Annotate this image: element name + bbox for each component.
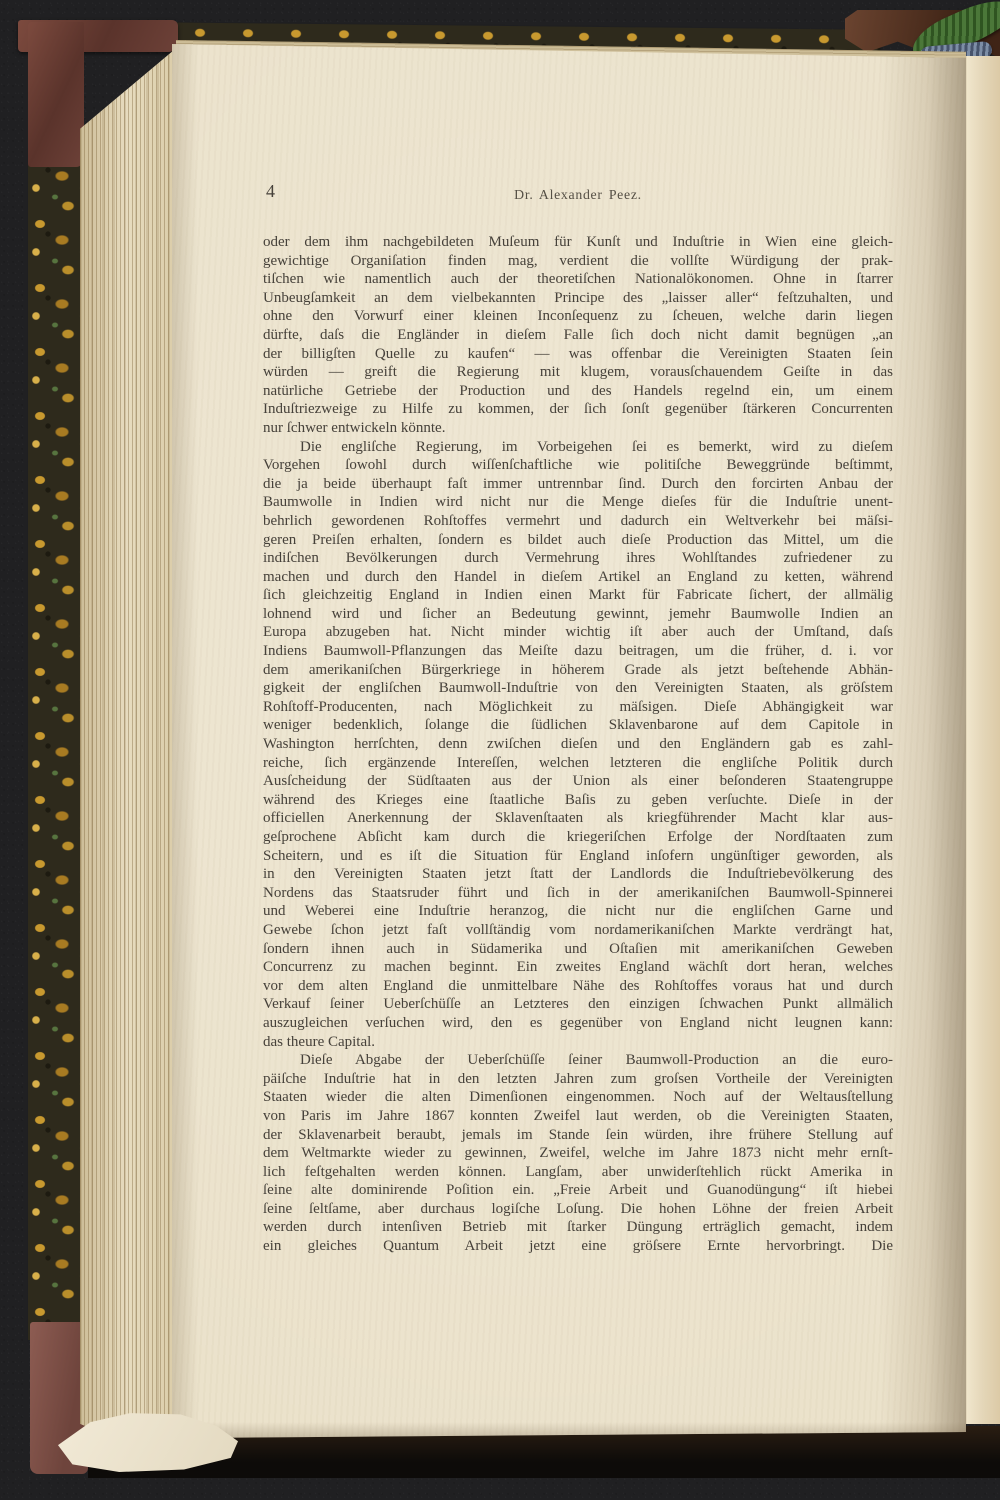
text-line: ohne den Vorwurf einer kleinen Inconſequ… [263, 307, 893, 326]
page-stack-fore-edge [80, 40, 186, 1452]
text-line: Ausſcheidung der Südſtaaten aus der Unio… [263, 772, 893, 791]
text-line: indiſchen Bevölkerungen durch Vermehrung… [263, 549, 893, 568]
text-line: officiellen Anerkennung der Sklavenſtaat… [263, 809, 893, 828]
text-line: gewichtige Organiſation finden mag, verd… [263, 252, 893, 271]
text-line: Concurrenz zu machen beginnt. Ein zweite… [263, 958, 893, 977]
text-line: in den Vereinigten Staaten jetzt ſtatt d… [263, 865, 893, 884]
text-line: Vorgehen ſowohl durch wiſſenſchaftliche … [263, 456, 893, 475]
text-line: Nordens das Staatsruder führt und ſich i… [263, 884, 893, 903]
text-line: von Paris im Jahre 1867 konnten Zweifel … [263, 1107, 893, 1126]
text-line: Gewebe ſchon jetzt faſt vollſtändig vom … [263, 921, 893, 940]
text-line: tiſchen wie namentlich auch der theoreti… [263, 270, 893, 289]
text-line: dem amerikaniſchen Bürgerkriege in höher… [263, 661, 893, 680]
body-paragraph: Die engliſche Regierung, im Vorbeigehen … [263, 438, 893, 1052]
text-line: päiſche Induſtrie hat in den letzten Jah… [263, 1070, 893, 1089]
text-line: ſich gleichzeitig England in Indien eine… [263, 586, 893, 605]
text-line: machen und durch den Handel in dieſem Ar… [263, 568, 893, 587]
text-line: Baumwolle in Indien wird nicht nur die M… [263, 493, 893, 512]
text-line: während des Krieges eine ſtaatliche Baſi… [263, 791, 893, 810]
marbled-cover-left-edge [28, 150, 82, 1340]
text-line: werden durch intenſiven Betrieb mit ſtar… [263, 1218, 893, 1237]
facing-page-sliver [962, 56, 1000, 1424]
text-line: Washington herrſchten, denn zwiſchen die… [263, 735, 893, 754]
text-line: oder dem ihm nachgebildeten Muſeum für K… [263, 233, 893, 252]
text-line: der Sklavenarbeit beraubt, jemals im Sta… [263, 1126, 893, 1145]
text-line: natürliche Getriebe der Production und d… [263, 382, 893, 401]
text-line: Europa abzugeben hat. Nicht minder wicht… [263, 623, 893, 642]
text-line: ſeine alte dominirende Poſition ein. „Fr… [263, 1181, 893, 1200]
text-line: geren Preiſen erhalten, ſondern es bilde… [263, 531, 893, 550]
text-line: dem Weltmarkte wieder zu gewinnen, Zweif… [263, 1144, 893, 1163]
text-line: dürfte, daſs die Engländer in dieſem Fal… [263, 326, 893, 345]
text-line: der billigſten Quelle zu kaufen“ — was o… [263, 345, 893, 364]
text-line: Rohſtoff-Producenten, nach Möglichkeit z… [263, 698, 893, 717]
text-line: das theure Capital. [263, 1033, 893, 1052]
text-line: Scheitern, und es iſt die Situation für … [263, 847, 893, 866]
text-line: weniger bedenklich, ſolange die ſüdliche… [263, 716, 893, 735]
text-line: Staaten wieder die alten Dimenſionen ein… [263, 1088, 893, 1107]
text-line: ein gleiches Quantum Arbeit jetzt eine g… [263, 1237, 893, 1256]
text-line: nur ſchwer entwickeln könnte. [263, 419, 893, 438]
text-line: auszugleichen verſuchen wird, den es geg… [263, 1014, 893, 1033]
text-line: Dieſe Abgabe der Ueberſchüſſe ſeiner Bau… [263, 1051, 893, 1070]
text-line: geſprochene Abſicht kam durch die kriege… [263, 828, 893, 847]
scanned-book-photo: 4 Dr. Alexander Peez. oder dem ihm nachg… [0, 0, 1000, 1500]
text-line: ſondern ihnen auch in Südamerika und Oſt… [263, 940, 893, 959]
text-line: Induſtriezweige zu Hilfe zu kommen, der … [263, 400, 893, 419]
text-line: lich feſtgehalten werden können. Langſam… [263, 1163, 893, 1182]
leather-edge-left-top [28, 22, 84, 167]
text-line: Verkauf ſeiner Ueberſchüſſe an Letzteres… [263, 995, 893, 1014]
book-page: 4 Dr. Alexander Peez. oder dem ihm nachg… [172, 40, 966, 1438]
text-line: gigkeit der engliſchen Baumwoll-Induſtri… [263, 679, 893, 698]
text-line: behrlich gewordenen Rohſtoffes vermehrt … [263, 512, 893, 531]
text-line: lohnend wird und ſicher an Bedeutung gew… [263, 605, 893, 624]
body-paragraph: oder dem ihm nachgebildeten Muſeum für K… [263, 233, 893, 438]
text-line: Unbeugſamkeit an dem vielbekannten Princ… [263, 289, 893, 308]
text-line: Die engliſche Regierung, im Vorbeigehen … [263, 438, 893, 457]
text-line: reiche, ſich ergänzende Intereſſen, welc… [263, 754, 893, 773]
text-line: ſeine ſeltſame, aber durchaus logiſche L… [263, 1200, 893, 1219]
text-line: vor dem alten England die unmittelbare N… [263, 977, 893, 996]
text-line: und Weberei eine Induſtrie heranzog, die… [263, 902, 893, 921]
body-paragraph: Dieſe Abgabe der Ueberſchüſſe ſeiner Bau… [263, 1051, 893, 1256]
body-text: oder dem ihm nachgebildeten Muſeum für K… [263, 233, 893, 1256]
running-header: Dr. Alexander Peez. [263, 187, 893, 203]
text-line: Indiens Baumwoll-Pflanzungen das Meiſte … [263, 642, 893, 661]
text-line: würden — greift die Regierung mit klugem… [263, 363, 893, 382]
text-line: die ja beide überhaupt faſt immer untren… [263, 475, 893, 494]
